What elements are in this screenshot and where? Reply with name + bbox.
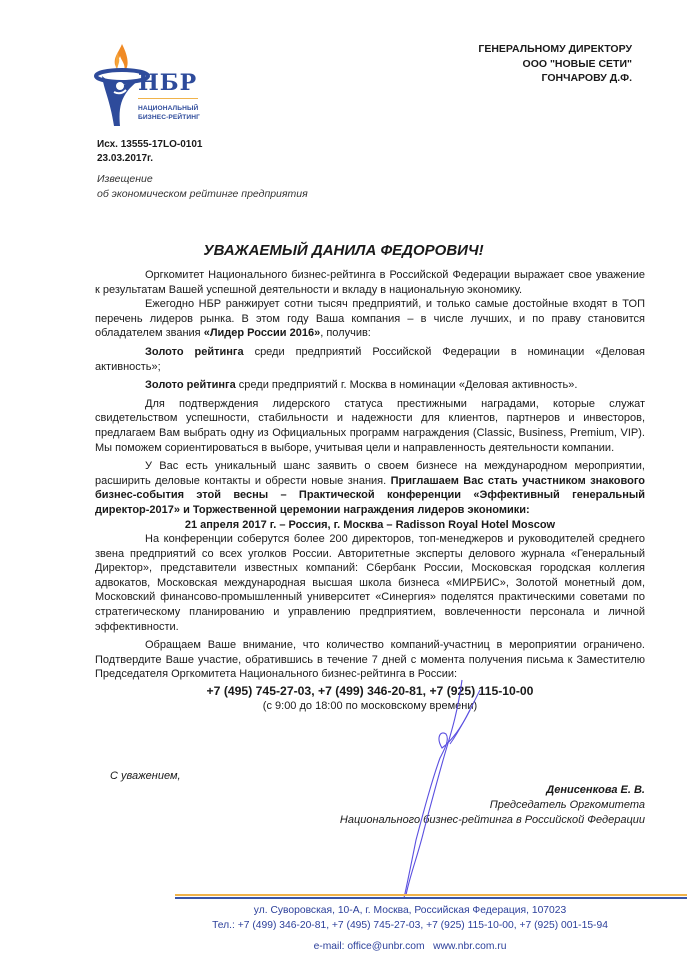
logo-subtitle: НАЦИОНАЛЬНЫЙ БИЗНЕС-РЕЙТИНГ [138, 104, 200, 122]
contact-hours: (с 9:00 до 18:00 по московскому времени) [95, 699, 645, 714]
paragraph-6: У Вас есть уникальный шанс заявить о сво… [95, 459, 645, 517]
letter-body: Оргкомитет Национального бизнес-рейтинга… [95, 264, 645, 714]
contact-phones: +7 (495) 745-27-03, +7 (499) 346-20-81, … [95, 683, 645, 699]
subject-line1: Извещение [97, 172, 308, 187]
reference-number: Исх. 13555-17LO-0101 [97, 138, 202, 152]
paragraph-4-text: среди предприятий г. Москва в номинации … [236, 379, 578, 391]
event-details: 21 апреля 2017 г. – Россия, г. Москва – … [185, 519, 555, 531]
subject-block: Извещение об экономическом рейтинге пред… [97, 172, 308, 201]
handwritten-signature [380, 670, 520, 900]
logo-subtitle-line1: НАЦИОНАЛЬНЫЙ [138, 104, 200, 113]
gold-rating-label: Золото рейтинга [145, 379, 236, 391]
award-title: «Лидер России 2016» [204, 327, 321, 339]
paragraph-4: Золото рейтинга среди предприятий г. Мос… [95, 378, 645, 393]
paragraph-7: На конференции соберутся более 200 дирек… [95, 532, 645, 634]
footer-email[interactable]: e-mail: office@unbr.com [314, 941, 425, 952]
paragraph-5: Для подтверждения лидерского статуса пре… [95, 397, 645, 455]
addressee-block: ГЕНЕРАЛЬНОМУ ДИРЕКТОРУ ООО "НОВЫЕ СЕТИ" … [478, 42, 632, 86]
subject-line2: об экономическом рейтинге предприятия [97, 187, 308, 202]
footer-phones: Тел.: +7 (499) 346-20-81, +7 (495) 745-2… [160, 919, 660, 934]
greeting: УВАЖАЕМЫЙ ДАНИЛА ФЕДОРОВИЧ! [0, 242, 687, 259]
addressee-line1: ГЕНЕРАЛЬНОМУ ДИРЕКТОРУ [478, 42, 632, 57]
footer-divider-blue [175, 897, 687, 899]
regards: С уважением, [110, 770, 181, 782]
reference-block: Исх. 13555-17LO-0101 23.03.2017г. [97, 138, 202, 165]
paragraph-2: Ежегодно НБР ранжирует сотни тысяч предп… [95, 297, 645, 341]
event-line: 21 апреля 2017 г. – Россия, г. Москва – … [95, 518, 645, 533]
footer-website[interactable]: www.nbr.com.ru [433, 941, 506, 952]
paragraph-2-end: , получив: [320, 327, 371, 339]
footer: ул. Суворовская, 10-А, г. Москва, Россий… [160, 904, 660, 955]
addressee-line2: ООО "НОВЫЕ СЕТИ" [478, 57, 632, 72]
addressee-line3: ГОНЧАРОВУ Д.Ф. [478, 71, 632, 86]
footer-address: ул. Суворовская, 10-А, г. Москва, Россий… [160, 904, 660, 919]
footer-contacts: e-mail: office@unbr.com www.nbr.com.ru [160, 940, 660, 955]
logo-divider [138, 98, 198, 99]
paragraph-3: Золото рейтинга среди предприятий Россий… [95, 345, 645, 374]
logo-subtitle-line2: БИЗНЕС-РЕЙТИНГ [138, 113, 200, 122]
paragraph-8: Обращаем Ваше внимание, что количество к… [95, 638, 645, 682]
nbr-logo: НБР НАЦИОНАЛЬНЫЙ БИЗНЕС-РЕЙТИНГ [92, 38, 202, 128]
paragraph-1: Оргкомитет Национального бизнес-рейтинга… [95, 268, 645, 297]
footer-divider-orange [175, 894, 687, 896]
gold-rating-label: Золото рейтинга [145, 346, 244, 358]
reference-date: 23.03.2017г. [97, 152, 202, 166]
logo-abbr: НБР [138, 70, 197, 96]
